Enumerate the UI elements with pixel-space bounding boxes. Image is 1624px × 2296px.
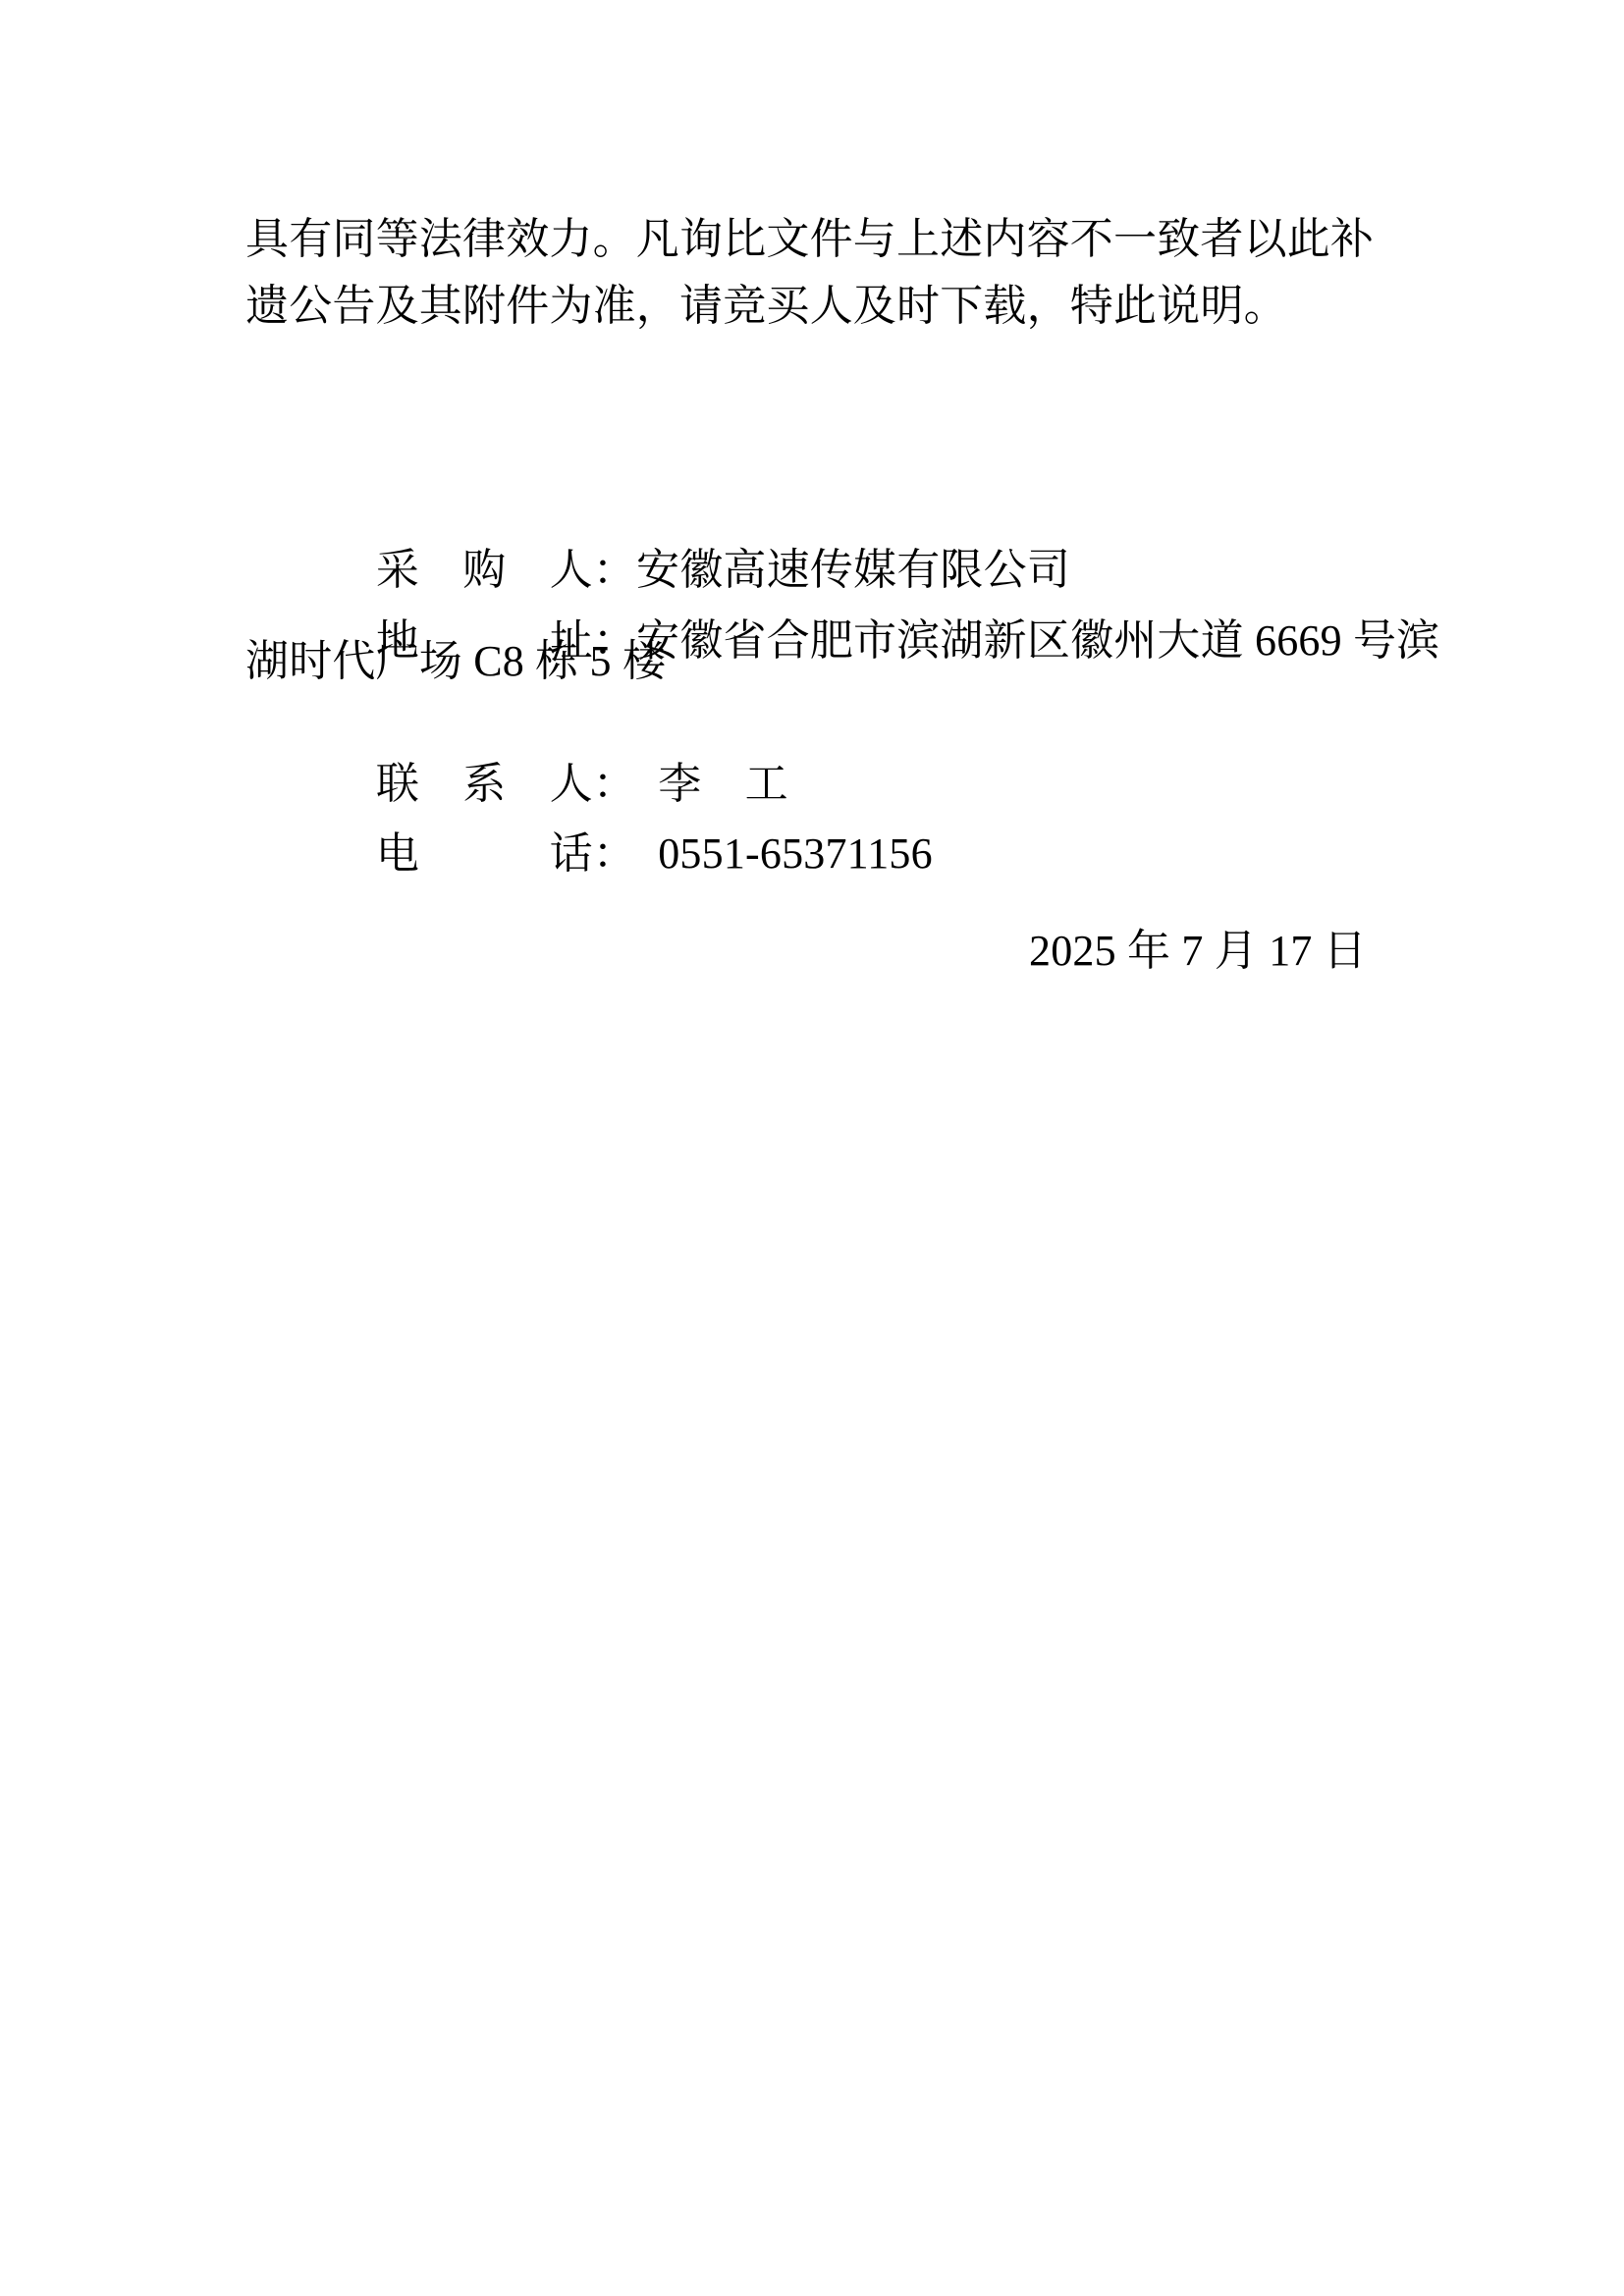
document-date: 2025 年 7 月 17 日 xyxy=(1029,927,1367,977)
closing-paragraph-line-2: 遗公告及其附件为准，请竞买人及时下载，特此说明。 xyxy=(245,282,1287,332)
phone-row: 电 话： 0551-65371156 xyxy=(332,779,933,929)
document-page: 具有同等法律效力。凡询比文件与上述内容不一致者以此补 遗公告及其附件为准，请竞买… xyxy=(0,0,1624,2296)
phone-label: 电 话： xyxy=(376,829,615,878)
closing-paragraph-line-1: 具有同等法律效力。凡询比文件与上述内容不一致者以此补 xyxy=(245,215,1374,265)
address-value-wrap: 湖时代广场 C8 栋 5 楼 xyxy=(245,637,666,687)
address-value: 安徽省合肥市滨湖新区徽州大道 6669 号滨 xyxy=(636,616,1439,665)
phone-value: 0551-65371156 xyxy=(615,829,933,878)
